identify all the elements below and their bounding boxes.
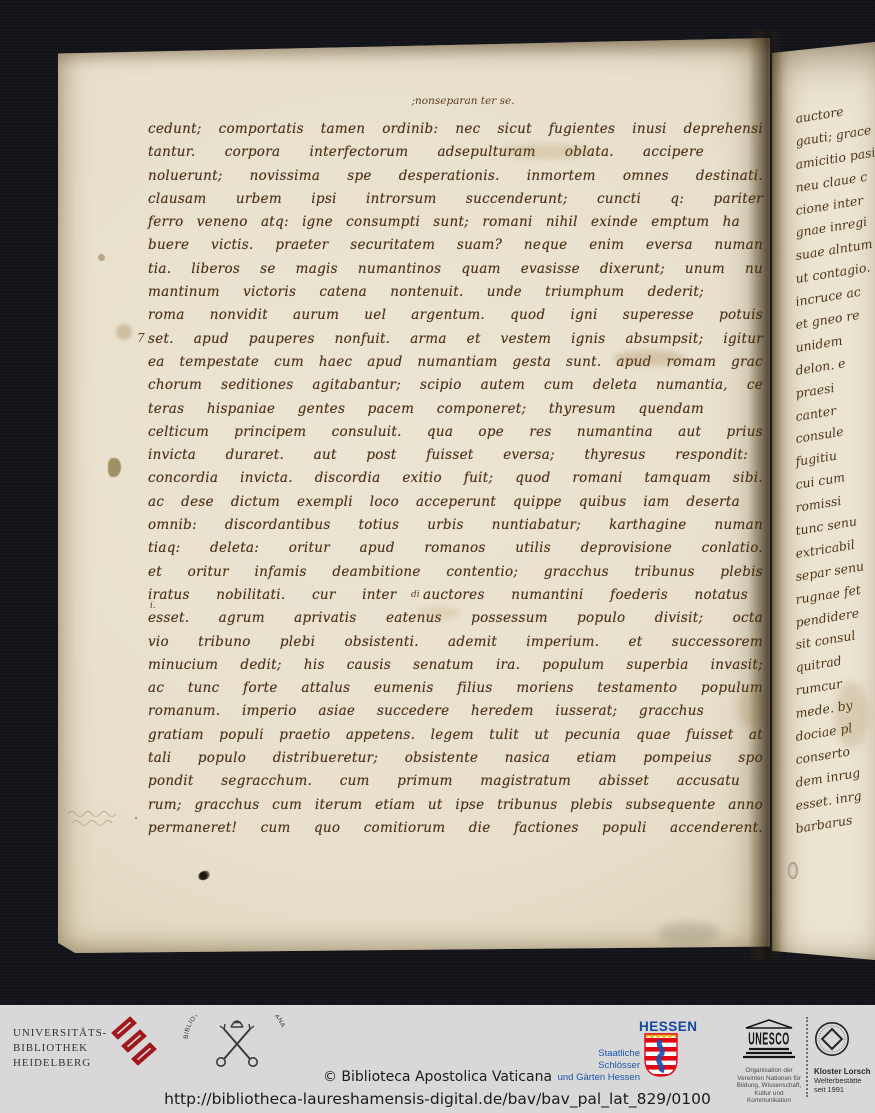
manuscript-line: et oritur infamis deambitione contentio;… — [148, 561, 763, 584]
hessen-subtitle: Staatliche Schlösser und Gärten Hessen — [556, 1048, 640, 1084]
manuscript-line: ferro veneno atq: igne consumpti sunt; r… — [148, 211, 740, 234]
manuscript-line: tantur. corpora interfectorum adsepultur… — [148, 141, 704, 164]
manuscript-line: permaneret! cum quo comitiorum die facti… — [148, 817, 763, 840]
ink-blot — [197, 870, 211, 882]
manuscript-line: teras hispaniae gentes pacem componeret;… — [148, 398, 704, 421]
hessen-subtitle-1: Staatliche Schlösser — [556, 1048, 640, 1072]
manuscript-line: set. apud pauperes nonfuit. arma et vest… — [148, 328, 763, 351]
manuscript-line: clausam urbem ipsi introrsum succenderun… — [148, 188, 763, 211]
manuscript-line: esset. agrum aprivatis eatenus possessum… — [148, 607, 763, 630]
ub-line-2: BIBLIOTHEK — [13, 1041, 107, 1056]
unesco-temple-icon: UNESCO — [743, 1019, 795, 1059]
manuscript-line: romanum. imperio asiae succedere heredem… — [148, 700, 704, 723]
unesco-columns-text: UNESCO — [748, 1029, 789, 1048]
unesco-description-line: Organisation der — [733, 1067, 805, 1075]
footer-bar: UNIVERSITÄTS- BIBLIOTHEK HEIDELBERG — [0, 1005, 875, 1113]
parchment-stain — [834, 682, 868, 748]
footer-dotted-divider — [806, 1017, 808, 1097]
unesco-description-line: Vereinten Nationen für — [733, 1075, 805, 1083]
kloster-lorsch-caption: Kloster Lorsch Welterbestätte seit 1991 — [814, 1067, 872, 1094]
manuscript-line: pondit segracchum. cum primum magistratu… — [148, 770, 740, 793]
ub-line-1: UNIVERSITÄTS- — [13, 1026, 107, 1041]
faint-marginal-note — [64, 806, 144, 832]
manuscript-line: invicta duraret. aut post fuisset eversa… — [148, 444, 748, 467]
manuscript-line: vio tribuno plebi obsistenti. ademit imp… — [148, 631, 763, 654]
manuscript-line: ea tempestate cum haec apud numantiam ge… — [148, 351, 763, 374]
kloster-lorsch-emblem-icon — [814, 1021, 850, 1057]
manuscript-line: chorum seditiones agitabantur; scipio au… — [148, 374, 763, 397]
parchment-stain — [116, 324, 132, 340]
manuscript-page: ;nonseparan ter se. cedunt; comportatis … — [58, 38, 770, 953]
photo-background: ;nonseparan ter se. cedunt; comportatis … — [0, 0, 875, 1005]
manuscript-line: ac dese dictum exempli loco acceperunt q… — [148, 491, 740, 514]
manuscript-line: omnib: discordantibus totius urbis nunti… — [148, 514, 763, 537]
manuscript-line: cedunt; comportatis tamen ordinib: nec s… — [148, 118, 763, 141]
interlinear-correction: di — [411, 590, 420, 600]
manuscript-line: gratiam populi praetio appetens. legem t… — [148, 724, 763, 747]
unesco-description-line: Bildung, Wissenschaft, — [733, 1082, 805, 1090]
lorsch-line-3: seit 1991 — [814, 1085, 872, 1094]
manuscript-line: tiaq: deleta: oritur apud romanos utilis… — [148, 537, 763, 560]
lorsch-line-2: Welterbestätte — [814, 1076, 872, 1085]
lorsch-line-1: Kloster Lorsch — [814, 1067, 872, 1076]
parchment-stain — [98, 254, 105, 261]
manuscript-line: iratus nobilitati. cur inter auctores nu… — [148, 584, 748, 607]
manuscript-line: ac tunc forte attalus eumenis filius mor… — [148, 677, 763, 700]
manuscript-line: mantinum victoris catena nontenuit. unde… — [148, 281, 704, 304]
hessen-wordmark: HESSEN — [639, 1019, 698, 1034]
margin-nota-mark: 7 — [137, 331, 145, 345]
running-header-note: ;nonseparan ter se. — [388, 95, 538, 107]
manuscript-line: tali populo distribueretur; obsistente n… — [148, 747, 763, 770]
ub-heidelberg-books-icon — [110, 1013, 160, 1075]
parchment-stain — [658, 922, 720, 944]
parchment-hole — [788, 862, 798, 879]
margin-line-mark: i. — [150, 601, 156, 611]
screenshot-root: ;nonseparan ter se. cedunt; comportatis … — [0, 0, 875, 1113]
facing-page-edge: auctoregauti; graceamicitio pasineu clau… — [772, 42, 875, 960]
hessen-subtitle-2: und Gärten Hessen — [556, 1072, 640, 1084]
hessen-shield-icon — [644, 1033, 678, 1077]
kloster-lorsch-block: Kloster Lorsch Welterbestätte seit 1991 — [814, 1021, 872, 1094]
manuscript-line: celticum principem consuluit. qua ope re… — [148, 421, 763, 444]
manuscript-line: tia. liberos se magis numantinos quam ev… — [148, 258, 763, 281]
hessen-logo-block: HESSEN Staatliche Schlösser und Gärten H… — [556, 1017, 686, 1087]
manuscript-text-block: cedunt; comportatis tamen ordinib: nec s… — [148, 118, 773, 840]
manuscript-line: concordia invicta. discordia exitio fuit… — [148, 467, 763, 490]
manuscript-line: minucium dedit; his causis senatum ira. … — [148, 654, 763, 677]
parchment-stain — [108, 458, 121, 477]
ub-heidelberg-wordmark: UNIVERSITÄTS- BIBLIOTHEK HEIDELBERG — [13, 1026, 107, 1071]
unesco-description-line: Kultur und Kommunikation — [733, 1090, 805, 1105]
unesco-logo-block: UNESCO Organisation derVereinten Natione… — [733, 1019, 805, 1105]
unesco-description: Organisation derVereinten Nationen fürBi… — [733, 1067, 805, 1105]
manuscript-line: noluerunt; novissima spe desperationis. … — [148, 165, 763, 188]
manuscript-line: roma nonvidit aurum uel argentum. quod i… — [148, 304, 763, 327]
crossed-keys-icon — [217, 1015, 257, 1066]
manuscript-line: buere victis. praeter securitatem suam? … — [148, 234, 763, 257]
manuscript-line: rum; gracchus cum iterum etiam ut ipse t… — [148, 794, 763, 817]
